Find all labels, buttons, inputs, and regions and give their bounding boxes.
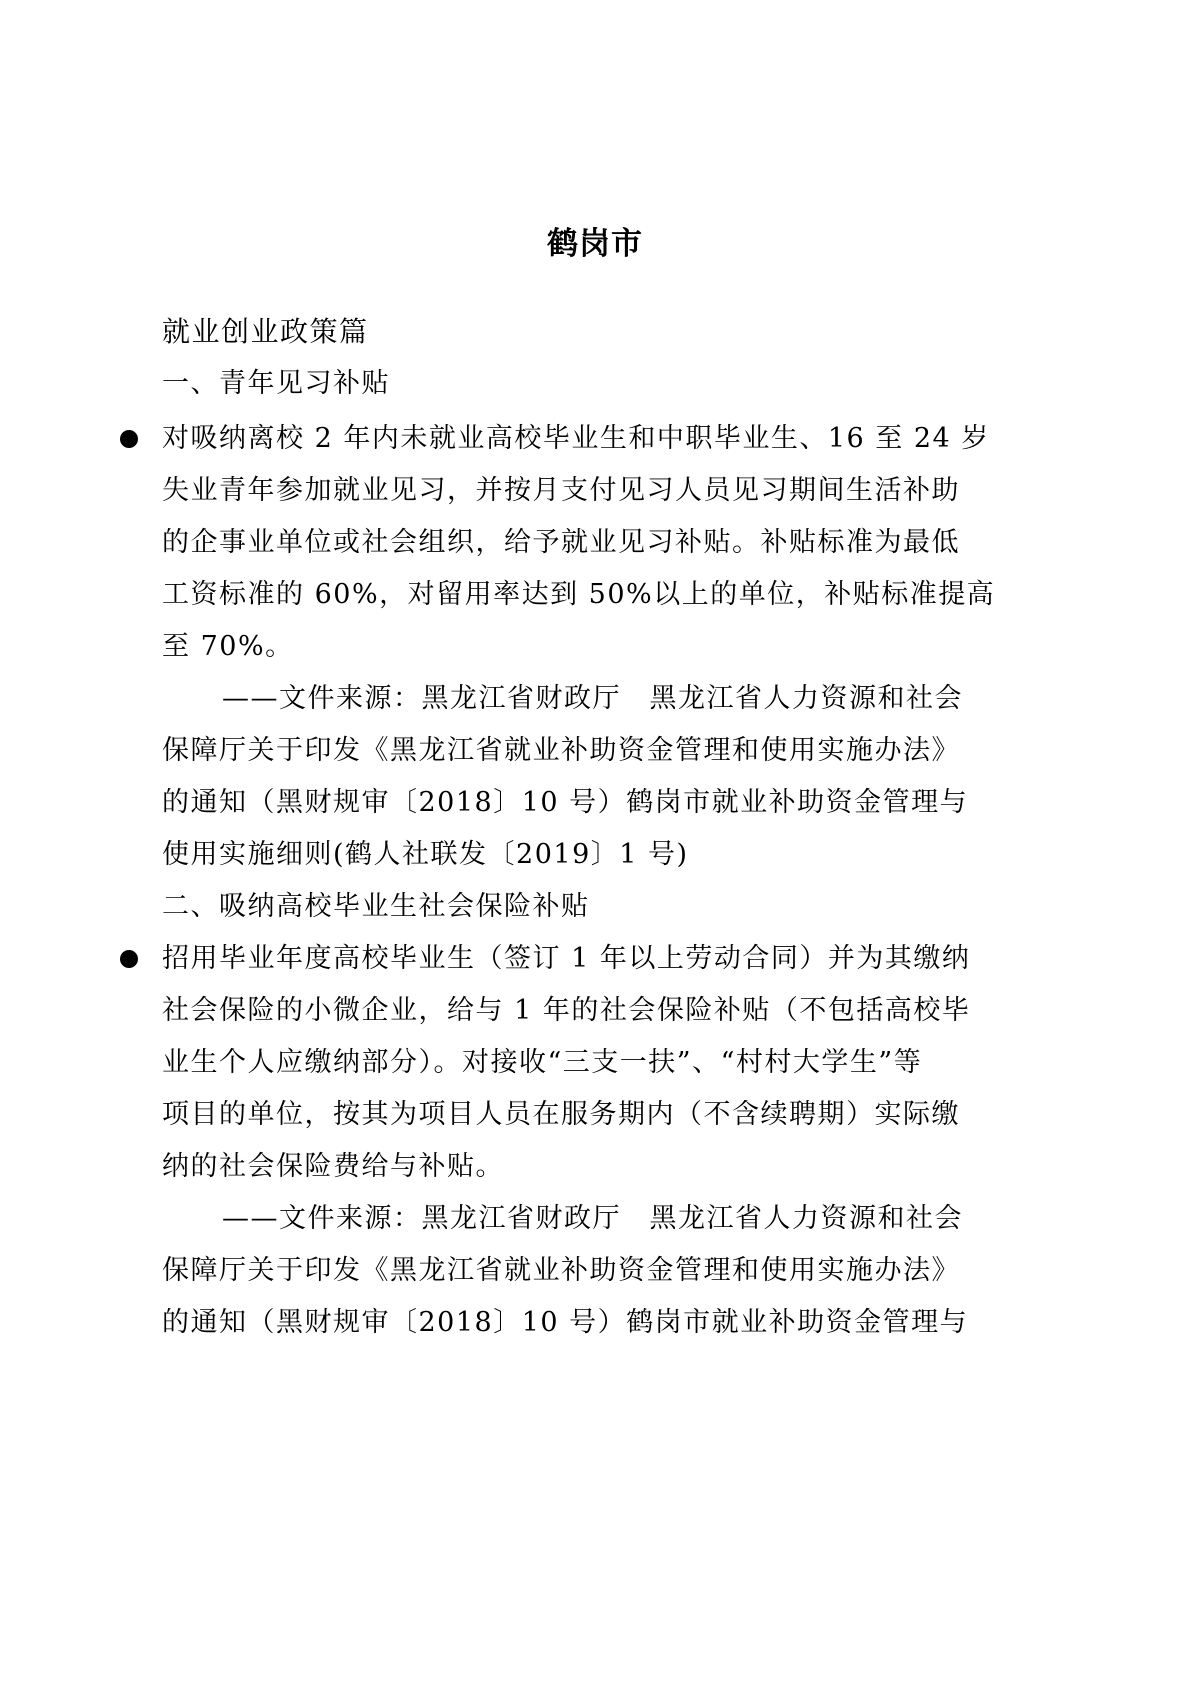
source-line: 的通知（黑财规审〔2018〕10 号）鹤岗市就业补助资金管理与 <box>162 783 968 823</box>
source-line: 的通知（黑财规审〔2018〕10 号）鹤岗市就业补助资金管理与 <box>162 1303 968 1343</box>
source-line: 保障厅关于印发《黑龙江省就业补助资金管理和使用实施办法》 <box>162 731 960 771</box>
source-line: ——文件来源：黑龙江省财政厅 黑龙江省人力资源和社会 <box>222 1199 963 1239</box>
body-line: 工资标准的 60%，对留用率达到 50%以上的单位，补贴标准提高 <box>162 575 995 615</box>
body-line: 至 70%。 <box>162 627 294 667</box>
source-line: 使用实施细则(鹤人社联发〔2019〕1 号) <box>162 835 689 875</box>
body-line: 招用毕业年度高校毕业生（签订 1 年以上劳动合同）并为其缴纳 <box>162 939 970 979</box>
body-line: 项目的单位，按其为项目人员在服务期内（不含续聘期）实际缴 <box>162 1095 960 1135</box>
body-line: 对吸纳离校 2 年内未就业高校毕业生和中职毕业生、16 至 24 岁 <box>162 419 990 459</box>
source-line: 保障厅关于印发《黑龙江省就业补助资金管理和使用实施办法》 <box>162 1251 960 1291</box>
body-line: 的企事业单位或社会组织，给予就业见习补贴。补贴标准为最低 <box>162 523 960 563</box>
source-line: ——文件来源：黑龙江省财政厅 黑龙江省人力资源和社会 <box>222 679 963 719</box>
document-page: 鹤岗市 就业创业政策篇 一、青年见习补贴 对吸纳离校 2 年内未就业高校毕业生和… <box>0 0 1190 1683</box>
page-title: 鹤岗市 <box>0 218 1190 263</box>
item-heading: 一、青年见习补贴 <box>162 364 390 404</box>
section-heading: 就业创业政策篇 <box>162 312 369 352</box>
body-line: 社会保险的小微企业，给与 1 年的社会保险补贴（不包括高校毕 <box>162 991 970 1031</box>
body-line: 失业青年参加就业见习，并按月支付见习人员见习期间生活补助 <box>162 471 960 511</box>
body-line: 纳的社会保险费给与补贴。 <box>162 1147 504 1187</box>
body-line: 业生个人应缴纳部分）。对接收“三支一扶”、“村村大学生”等 <box>162 1043 922 1083</box>
bullet-icon <box>120 950 138 968</box>
item-heading: 二、吸纳高校毕业生社会保险补贴 <box>162 887 590 927</box>
bullet-icon <box>120 430 138 448</box>
